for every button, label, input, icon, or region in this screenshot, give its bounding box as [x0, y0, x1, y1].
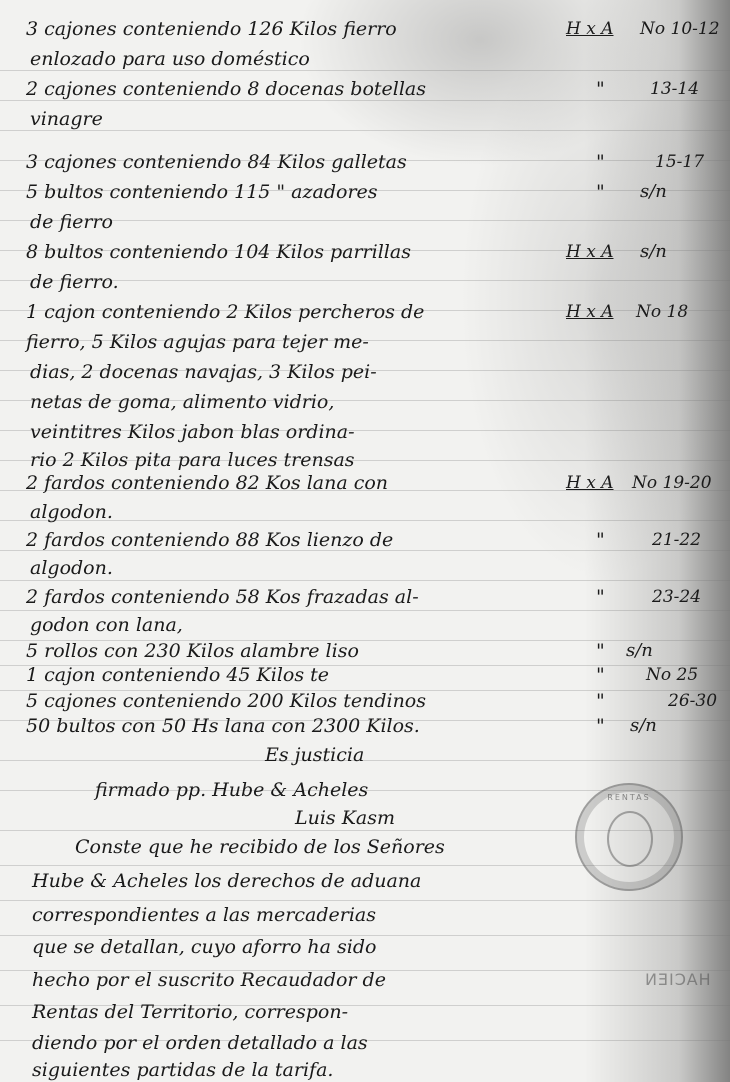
entry-number: 23-24 [652, 582, 701, 612]
entry-line: fierro, 5 Kilos agujas para tejer me- [0, 327, 730, 357]
entry-line: 3 cajones conteniendo 84 Kilos galletas … [0, 147, 730, 177]
entry-description: fierro, 5 Kilos agujas para tejer me- [26, 327, 369, 357]
entry-line: dias, 2 docenas navajas, 3 Kilos pei- [0, 357, 730, 387]
entry-line: veintitres Kilos jabon blas ordina- [0, 417, 730, 447]
entry-description: vinagre [30, 104, 103, 134]
receipt-line: hecho por el suscrito Recaudador de [0, 965, 730, 995]
entry-line: 1 cajon conteniendo 2 Kilos percheros de… [0, 297, 730, 327]
manuscript-page: 3 cajones conteniendo 126 Kilos fierro H… [0, 0, 730, 1082]
entry-line: 3 cajones conteniendo 126 Kilos fierro H… [0, 14, 730, 44]
entry-description: dias, 2 docenas navajas, 3 Kilos pei- [30, 357, 377, 387]
entry-description: 1 cajon conteniendo 2 Kilos percheros de [26, 297, 424, 327]
entry-description: algodon. [30, 553, 113, 583]
entry-number: No 18 [636, 297, 688, 327]
entry-description: netas de goma, alimento vidrio, [30, 387, 334, 417]
entry-mark: H x A [566, 14, 614, 44]
entry-line: de fierro [0, 207, 730, 237]
receipt-line: correspondientes a las mercaderias [0, 900, 730, 930]
ditto-mark: " [596, 582, 605, 612]
entry-mark: H x A [566, 237, 614, 267]
entry-line: vinagre [0, 104, 730, 134]
entry-line: 2 cajones conteniendo 8 docenas botellas… [0, 74, 730, 104]
receipt-line: siguientes partidas de la tarifa. [0, 1055, 730, 1082]
entry-line: 5 bultos conteniendo 115 " azadores " s/… [0, 177, 730, 207]
entry-number: 15-17 [655, 147, 704, 177]
ditto-mark: " [596, 177, 605, 207]
entry-number: s/n [640, 237, 667, 267]
entry-description: 2 fardos conteniendo 58 Kos frazadas al- [26, 582, 419, 612]
receipt-line: diendo por el orden detallado a las [0, 1028, 730, 1058]
entry-number: 21-22 [652, 525, 701, 555]
entry-line: algodon. [0, 553, 730, 583]
entry-description: 3 cajones conteniendo 84 Kilos galletas [26, 147, 407, 177]
bleed-through-text: HACIEN [644, 970, 711, 989]
entry-line: de fierro. [0, 267, 730, 297]
entry-line: 2 fardos conteniendo 82 Kos lana con H x… [0, 468, 730, 498]
entry-description: de fierro. [30, 267, 119, 297]
entry-line: 2 fardos conteniendo 58 Kos frazadas al-… [0, 582, 730, 612]
entry-line: 8 bultos conteniendo 104 Kilos parrillas… [0, 237, 730, 267]
entry-description: 8 bultos conteniendo 104 Kilos parrillas [26, 237, 411, 267]
entry-number: No 19-20 [632, 468, 712, 498]
entry-line: 2 fardos conteniendo 88 Kos lienzo de " … [0, 525, 730, 555]
entry-number: s/n [640, 177, 667, 207]
ditto-mark: " [596, 525, 605, 555]
ditto-mark: " [596, 147, 605, 177]
entry-description: 5 bultos conteniendo 115 " azadores [26, 177, 378, 207]
entry-line: netas de goma, alimento vidrio, [0, 387, 730, 417]
entry-description: enlozado para uso doméstico [30, 44, 310, 74]
entry-line: 50 bultos con 50 Hs lana con 2300 Kilos.… [0, 711, 730, 741]
entry-description: veintitres Kilos jabon blas ordina- [30, 417, 355, 447]
entry-description: de fierro [30, 207, 113, 237]
ditto-mark: " [596, 711, 605, 741]
entry-description: 2 fardos conteniendo 88 Kos lienzo de [26, 525, 393, 555]
stamp-emblem-icon [607, 811, 653, 867]
entry-mark: H x A [566, 468, 614, 498]
entry-description: 3 cajones conteniendo 126 Kilos fierro [26, 14, 397, 44]
entry-number: 13-14 [650, 74, 699, 104]
receipt-line: Rentas del Territorio, correspon- [0, 997, 730, 1027]
ditto-mark: " [596, 74, 605, 104]
entry-number: s/n [630, 711, 657, 741]
entry-description: 2 fardos conteniendo 82 Kos lana con [26, 468, 388, 498]
entry-description: 50 bultos con 50 Hs lana con 2300 Kilos. [26, 711, 420, 741]
entry-line: algodon. [0, 497, 730, 527]
stamp-text: RENTAS [577, 793, 681, 802]
entry-mark: H x A [566, 297, 614, 327]
official-stamp: RENTAS [575, 783, 683, 891]
entry-line: enlozado para uso doméstico [0, 44, 730, 74]
entry-number: No 10-12 [640, 14, 720, 44]
receipt-line: que se detallan, cuyo aforro ha sido [0, 932, 730, 962]
es-justicia: Es justicia [0, 740, 730, 770]
entry-description: 2 cajones conteniendo 8 docenas botellas [26, 74, 426, 104]
entry-description: algodon. [30, 497, 113, 527]
